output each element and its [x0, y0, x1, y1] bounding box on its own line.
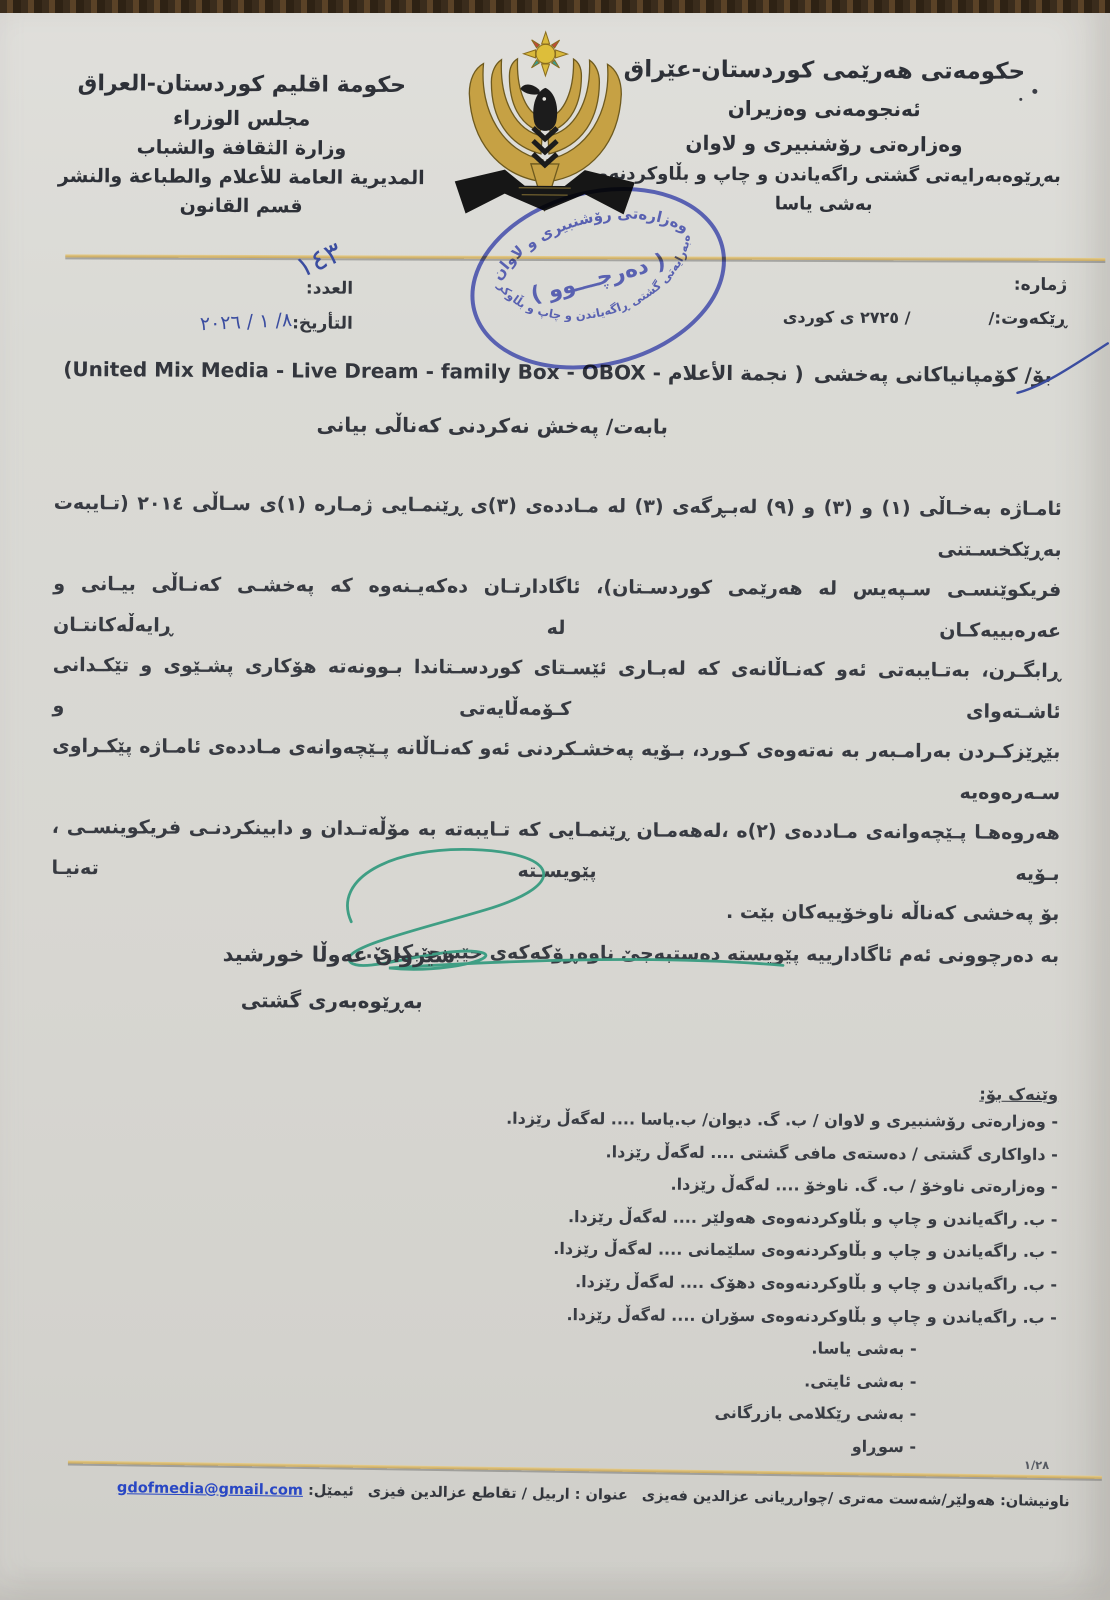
footer-address-kurdish: ناونیشان: هەولێر/شەست مەتری /چوارڕیانی ع… — [642, 1488, 1070, 1510]
cc-item: - بەشی ئایتی. — [504, 1369, 1056, 1405]
cc-heading: وێنەک بۆ: — [979, 1085, 1058, 1104]
cc-item: - ب. راگەیاندن و چاپ و بڵاوکردنەوەی دهۆک… — [505, 1272, 1057, 1308]
sun-icon — [523, 32, 567, 76]
ref-number-label: ژمارە: — [783, 273, 1067, 309]
header-arabic-block: حكومة اقليم كوردستان-العراق مجلس الوزراء… — [34, 71, 450, 219]
cc-list: وێنەک بۆ: - وەزارەتی رۆشنبیری و لاوان / … — [504, 1082, 1058, 1471]
cc-item: - وەزارەتی ناوخۆ / ب. گ. ناوخۆ .... لەگە… — [506, 1174, 1058, 1210]
scanned-letter: حکومەتی هەرێمی کوردستان-عێراق ئەنجومەنی … — [0, 0, 1110, 1600]
subject-line: بابەت/ پەخش نەکردنی کەناڵی بیانی — [2, 411, 982, 441]
header-line: مجلس الوزراء — [34, 105, 449, 132]
header-line: وەزارەتی رۆشنبیری و لاوان — [584, 130, 1064, 157]
header-line: وزارة الثقافة والشباب — [34, 136, 449, 161]
paper-sheet: حکومەتی هەرێمی کوردستان-عێراق ئەنجومەنی … — [0, 0, 1110, 1600]
cc-item: - وەزارەتی رۆشنبیری و لاوان / ب. گ. دیوا… — [506, 1109, 1058, 1145]
signatory-name: شێروان عەوڵا خورشید — [171, 942, 507, 968]
footer-row: ناونیشان: هەولێر/شەست مەتری /چوارڕیانی ع… — [144, 1480, 1070, 1510]
ref-arabic-number-label: العدد: — [306, 278, 353, 298]
body-line: ڕابگـرن، بەتـایبەتی ئەو کەنـاڵانەی کە لە… — [52, 645, 1060, 732]
footer-address-arabic: عنوان : اربیل / تقاطع عزالدین فیزی — [368, 1484, 628, 1504]
header-line: قسم القانون — [34, 194, 449, 219]
ink-dot — [1032, 89, 1037, 94]
header-line: المديرية العامة للأعلام والطباعة والنشر — [34, 165, 449, 190]
cc-item: - ب. راگەیاندن و چاپ و بڵاوکردنەوەی سلێم… — [505, 1239, 1057, 1275]
cc-item: - بەشی رێکلامی بازرگانی — [504, 1402, 1056, 1438]
cc-item: - سوڕاو — [504, 1435, 1056, 1471]
cc-item: - ب. راگەیاندن و چاپ و بڵاوکردنەوەی هەول… — [505, 1206, 1057, 1242]
handwritten-date: ٨/ ١ / ٢٠٢٦ — [199, 309, 292, 335]
reference-kurdish: ژمارە: ڕێکەوت:/ / ٢٧٢٥ ی کوردی — [783, 273, 1068, 343]
body-line: فریکوێنسـی سـپەیس لە هەرێمی کوردسـتان)، … — [53, 564, 1061, 651]
reference-arabic: العدد: التأريخ:٨/ ١ / ٢٠٢٦ — [103, 277, 353, 345]
cc-item: - بەشی یاسا. — [505, 1337, 1057, 1373]
ref-date-label: ڕێکەوت: — [994, 309, 1067, 329]
cc-item: - داواکاری گشتی / دەستەی مافی گشتی .... … — [506, 1141, 1058, 1177]
body-line: بێڕێزکـردن بەرامـبەر بە نەتەوەی کـورد، ب… — [52, 726, 1060, 813]
header-line: ئەنجومەنی وەزیران — [584, 95, 1064, 122]
companies-list: (United Mix Media - Live Dream - family … — [63, 357, 804, 386]
page-ref: ١/٢٨ — [1024, 1458, 1049, 1472]
ref-arabic-date-label: التأريخ: — [292, 313, 353, 333]
footer-email-label: ئیمێل: — [308, 1483, 354, 1500]
footer-email-group: ئیمێل: gdofmedia@gmail.com — [117, 1480, 354, 1500]
cc-item: - ب. راگەیاندن و چاپ و بڵاوکردنەوەی سۆرا… — [505, 1304, 1057, 1340]
body-line: ئامـاژە بەخـاڵی (١) و (٣) و (٩) لەبـڕگەی… — [53, 483, 1061, 570]
ink-swoosh — [1014, 339, 1110, 398]
header-line: حکومەتی هەرێمی کوردستان-عێراق — [584, 56, 1064, 85]
ref-date-value: / / ٢٧٢٥ ی کوردی — [783, 307, 995, 327]
handwritten-number: ١٤٣ — [290, 235, 346, 285]
footer-email: gdofmedia@gmail.com — [117, 1480, 303, 1499]
signatory-title: بەڕێوەبەری گشتی — [201, 988, 463, 1014]
header-line: حكومة اقليم كوردستان-العراق — [34, 71, 449, 99]
